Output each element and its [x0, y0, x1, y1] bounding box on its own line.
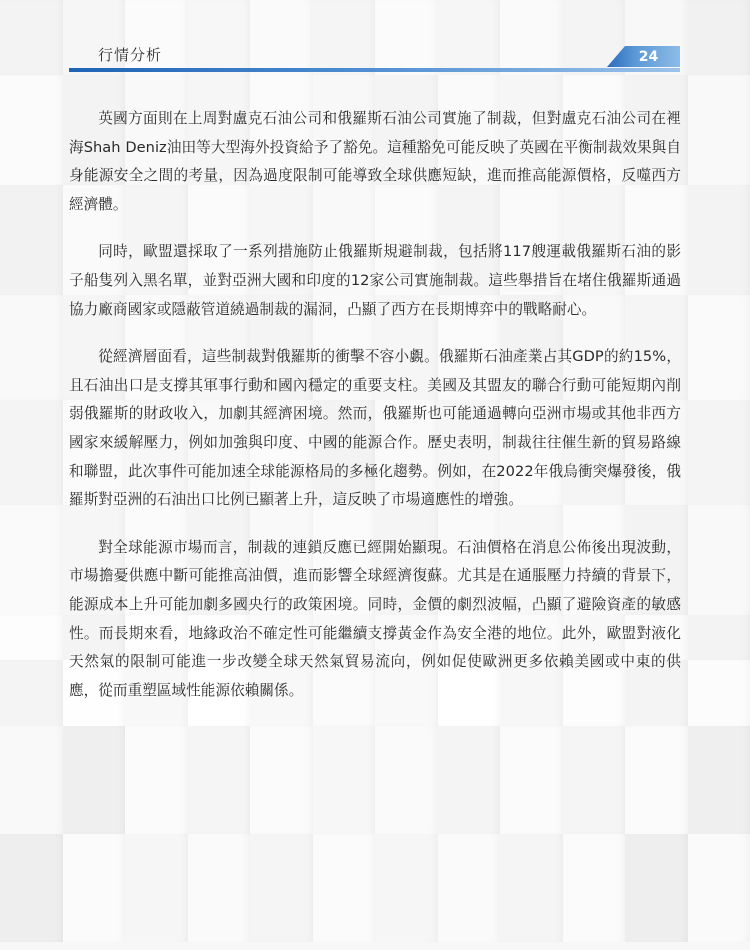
paragraph: 從經濟層面看，這些制裁對俄羅斯的衝擊不容小覷。俄羅斯石油產業占其GDP的約15%…: [69, 343, 681, 515]
article-body: 英國方面則在上周對盧克石油公司和俄羅斯石油公司實施了制裁，但對盧克石油公司在裡海…: [69, 105, 681, 724]
page-number: 24: [639, 49, 658, 65]
paragraph: 同時，歐盟還採取了一系列措施防止俄羅斯規避制裁，包括將117艘運載俄羅斯石油的影…: [69, 238, 681, 324]
section-title: 行情分析: [98, 44, 162, 65]
page-number-badge: 24: [607, 46, 680, 67]
paragraph: 對全球能源市場而言，制裁的連鎖反應已經開始顯現。石油價格在消息公佈後出現波動，市…: [69, 534, 681, 706]
header-divider: [69, 68, 680, 72]
document-page: 行情分析 24 英國方面則在上周對盧克石油公司和俄羅斯石油公司實施了制裁，但對盧…: [0, 0, 750, 950]
paragraph: 英國方面則在上周對盧克石油公司和俄羅斯石油公司實施了制裁，但對盧克石油公司在裡海…: [69, 105, 681, 219]
